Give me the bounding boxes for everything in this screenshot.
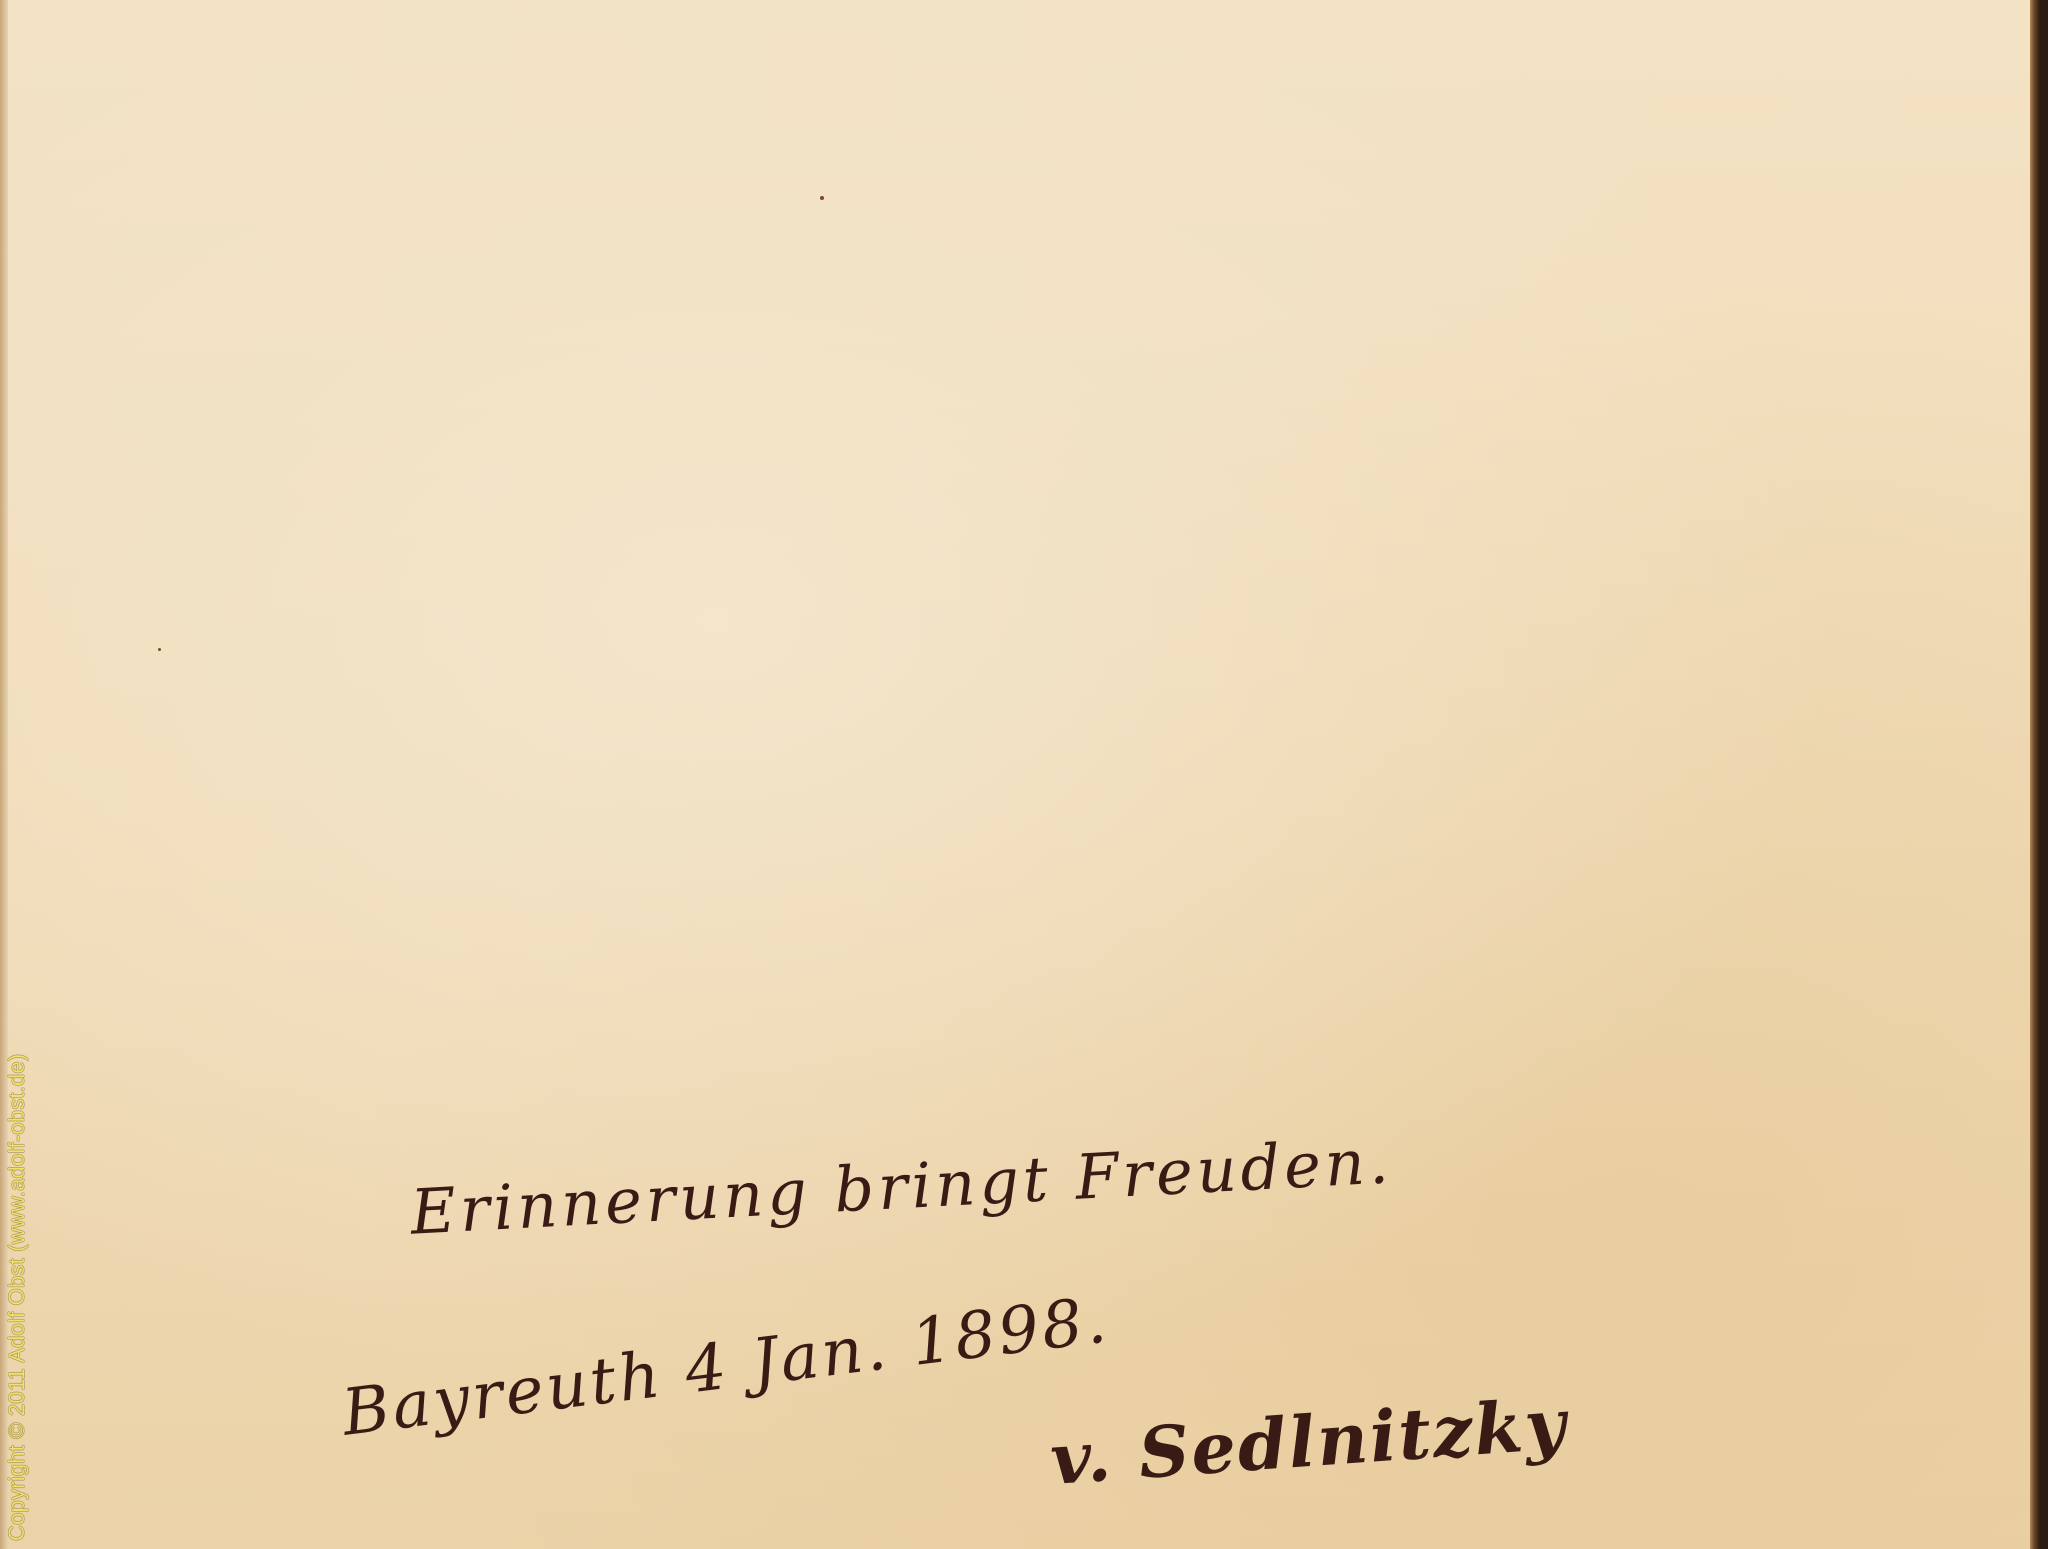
paper-speck [820, 196, 824, 200]
inscription-line-1: Erinnerung bringt Freuden. [409, 1124, 1394, 1248]
signature: v. Sedlnitzky [1048, 1382, 1570, 1501]
album-page: Erinnerung bringt Freuden. Bayreuth 4 Ja… [0, 0, 2040, 1549]
inscription-line-2: Bayreuth 4 Jan. 1898. [338, 1283, 1113, 1450]
paper-speck [158, 648, 161, 651]
copyright-watermark: Copyright © 2011 Adolf Obst (www.adolf-o… [4, 1054, 30, 1541]
page-right-edge [2030, 0, 2040, 1549]
